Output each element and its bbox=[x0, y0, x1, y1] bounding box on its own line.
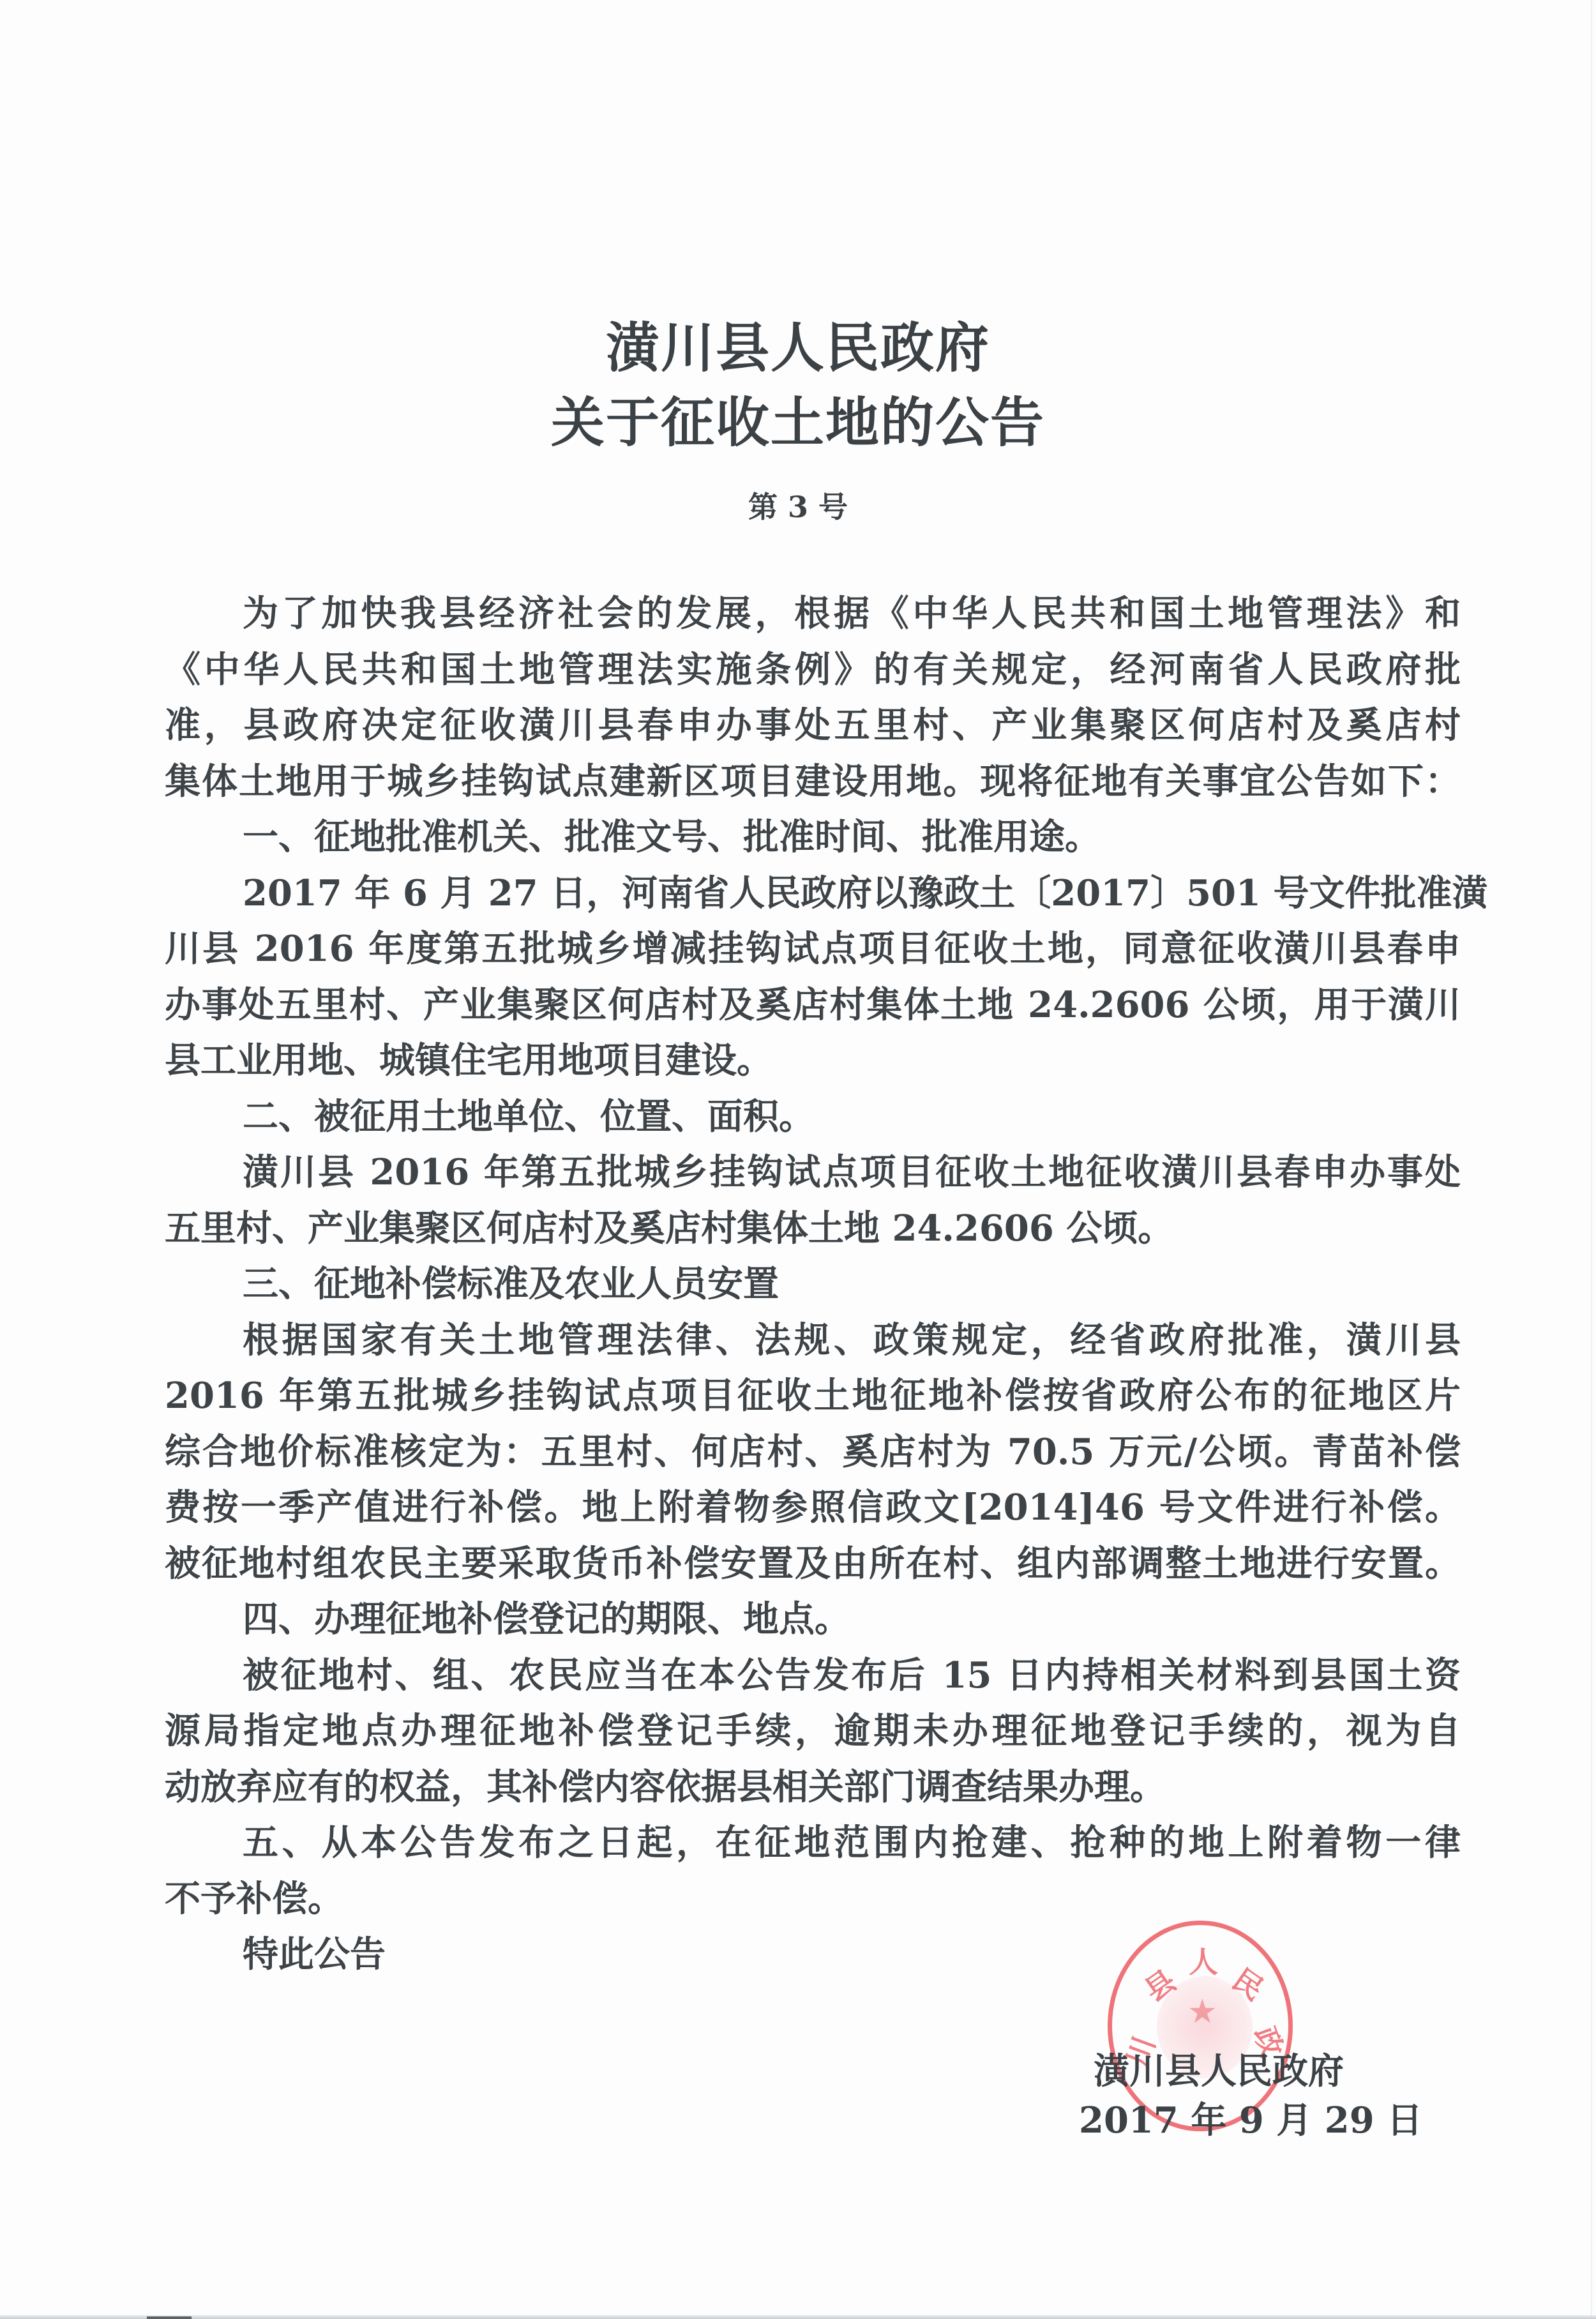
issue-date: 2017 年 9 月 29 日 bbox=[1079, 2098, 1422, 2143]
section-heading-4: 四、办理征地补偿登记的期限、地点。 bbox=[165, 1592, 1461, 1648]
body-line: 川县 2016 年度第五批城乡增减挂钩试点项目征收土地，同意征收潢川县春申 bbox=[165, 921, 1461, 978]
body-line: 源局指定地点办理征地补偿登记手续，逾期未办理征地登记手续的，视为自 bbox=[165, 1703, 1461, 1760]
document-title-line-2: 关于征收土地的公告 bbox=[0, 391, 1596, 455]
body-line: 准，县政府决定征收潢川县春申办事处五里村、产业集聚区何店村及奚店村 bbox=[165, 698, 1461, 754]
scan-mark bbox=[147, 2316, 192, 2319]
section-heading-2: 二、被征用土地单位、位置、面积。 bbox=[165, 1089, 1461, 1145]
body-line: 根据国家有关土地管理法律、法规、政策规定，经省政府批准，潢川县 bbox=[165, 1313, 1461, 1369]
document-number: 第 3 号 bbox=[0, 489, 1596, 525]
document-title-line-1: 潢川县人民政府 bbox=[0, 316, 1596, 380]
body-line: 被征地村组农民主要采取货币补偿安置及由所在村、组内部调整土地进行安置。 bbox=[165, 1536, 1461, 1592]
seal-char: 人 bbox=[1189, 1947, 1218, 1977]
body-line: 2016 年第五批城乡挂钩试点项目征收土地征地补偿按省政府公布的征地区片 bbox=[165, 1368, 1461, 1424]
body-line: 五里村、产业集聚区何店村及奚店村集体土地 24.2606 公顷。 bbox=[165, 1201, 1461, 1257]
body-line: 费按一季产值进行补偿。地上附着物参照信政文[2014]46 号文件进行补偿。 bbox=[165, 1480, 1461, 1536]
body-line: 办事处五里村、产业集聚区何店村及奚店村集体土地 24.2606 公顷，用于潢川 bbox=[165, 978, 1461, 1034]
issuer-signature: 潢川县人民政府 bbox=[1094, 2049, 1344, 2094]
scanned-document-page: 潢川县人民政府 关于征收土地的公告 第 3 号 为了加快我县经济社会的发展，根据… bbox=[0, 0, 1596, 2319]
seal-star-icon: ★ bbox=[1187, 1995, 1217, 2028]
announcement-body: 为了加快我县经济社会的发展，根据《中华人民共和国土地管理法》和 《中华人民共和国… bbox=[165, 586, 1461, 1983]
scan-edge bbox=[0, 2315, 1596, 2319]
body-line: 不予补偿。 bbox=[165, 1871, 1461, 1928]
body-line: 综合地价标准核定为：五里村、何店村、奚店村为 70.5 万元/公顷。青苗补偿 bbox=[165, 1424, 1461, 1481]
section-heading-3: 三、征地补偿标准及农业人员安置 bbox=[165, 1257, 1461, 1313]
body-line: 动放弃应有的权益，其补偿内容依据县相关部门调查结果办理。 bbox=[165, 1760, 1461, 1816]
body-line: 为了加快我县经济社会的发展，根据《中华人民共和国土地管理法》和 bbox=[165, 586, 1461, 642]
section-heading-1: 一、征地批准机关、批准文号、批准时间、批准用途。 bbox=[165, 810, 1461, 866]
body-line: 潢川县 2016 年第五批城乡挂钩试点项目征收土地征收潢川县春申办事处 bbox=[165, 1145, 1461, 1201]
body-line: 2017 年 6 月 27 日，河南省人民政府以豫政土〔2017〕501 号文件… bbox=[165, 866, 1461, 922]
body-line: 县工业用地、城镇住宅用地项目建设。 bbox=[165, 1033, 1461, 1089]
body-line: 被征地村、组、农民应当在本公告发布后 15 日内持相关材料到县国土资 bbox=[165, 1648, 1461, 1704]
body-line: 集体土地用于城乡挂钩试点建新区项目建设用地。现将征地有关事宜公告如下： bbox=[165, 754, 1461, 810]
section-heading-5: 五、从本公告发布之日起，在征地范围内抢建、抢种的地上附着物一律 bbox=[165, 1815, 1461, 1871]
body-line: 《中华人民共和国土地管理法实施条例》的有关规定，经河南省人民政府批 bbox=[165, 642, 1461, 699]
